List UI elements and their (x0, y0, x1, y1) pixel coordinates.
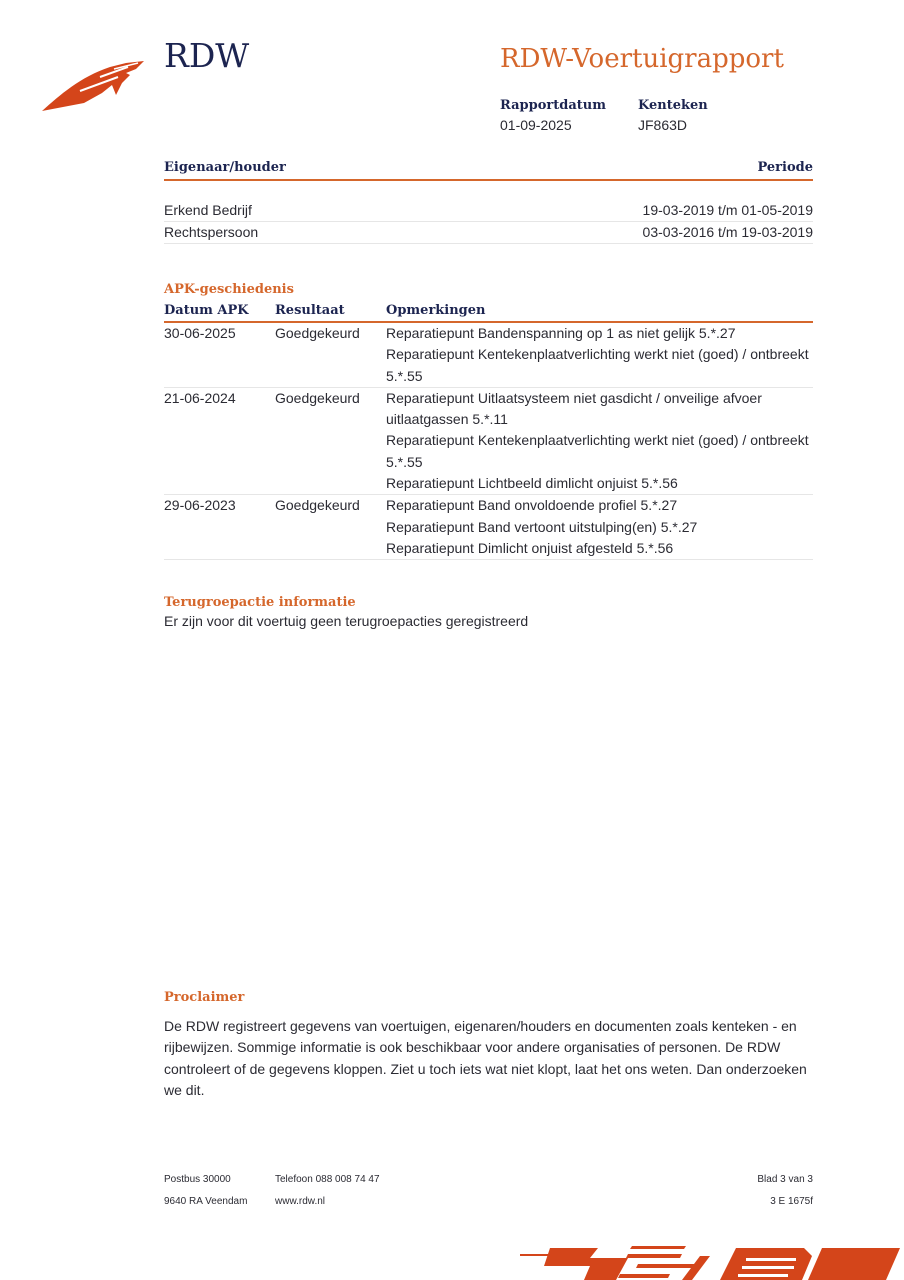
apk-date: 21-06-2024 (164, 388, 275, 494)
owners-table-header: Eigenaar/houder Periode (164, 160, 813, 181)
apk-section-title: APK-geschiedenis (164, 282, 813, 297)
apk-result: Goedgekeurd (275, 388, 386, 494)
apk-remark: Reparatiepunt Bandenspanning op 1 as nie… (386, 323, 813, 344)
apk-date: 30-06-2025 (164, 323, 275, 387)
apk-remarks-column-header: Opmerkingen (386, 303, 813, 318)
footer-page-number: Blad 3 van 3 (757, 1174, 813, 1185)
apk-row: 30-06-2025GoedgekeurdReparatiepunt Bande… (164, 323, 813, 388)
report-date: Rapportdatum 01-09-2025 (500, 98, 606, 133)
apk-remark: Reparatiepunt Band vertoont uitstulping(… (386, 517, 813, 538)
apk-result-column-header: Resultaat (275, 303, 386, 318)
apk-remark: Reparatiepunt Lichtbeeld dimlicht onjuis… (386, 473, 813, 494)
report-date-label: Rapportdatum (500, 98, 606, 113)
apk-remarks: Reparatiepunt Uitlaatsysteem niet gasdic… (386, 388, 813, 494)
apk-history: APK-geschiedenis Datum APK Resultaat Opm… (164, 282, 813, 560)
apk-remark: Reparatiepunt Dimlicht onjuist afgesteld… (386, 538, 813, 559)
rdw-feather-logo-icon (40, 55, 150, 115)
report-date-value: 01-09-2025 (500, 117, 606, 133)
apk-remarks: Reparatiepunt Bandenspanning op 1 as nie… (386, 323, 813, 387)
proclaimer-text: De RDW registreert gegevens van voertuig… (164, 1016, 813, 1101)
brand-name: RDW (164, 36, 249, 75)
apk-row: 21-06-2024GoedgekeurdReparatiepunt Uitla… (164, 388, 813, 495)
proclaimer-section: Proclaimer De RDW registreert gegevens v… (164, 990, 813, 1101)
apk-remarks: Reparatiepunt Band onvoldoende profiel 5… (386, 495, 813, 559)
apk-remark: Reparatiepunt Kentekenplaatverlichting w… (386, 344, 813, 387)
owner-row: Rechtspersoon03-03-2016 t/m 19-03-2019 (164, 222, 813, 244)
apk-result: Goedgekeurd (275, 323, 386, 387)
owners-table: Eigenaar/houder Periode Erkend Bedrijf19… (164, 160, 813, 244)
recall-section: Terugroepactie informatie Er zijn voor d… (164, 595, 813, 629)
footer-phone: Telefoon 088 008 74 47 (275, 1174, 380, 1185)
license-plate-value: JF863D (638, 117, 708, 133)
apk-date-column-header: Datum APK (164, 303, 275, 318)
recall-text: Er zijn voor dit voertuig geen terugroep… (164, 613, 813, 629)
apk-date: 29-06-2023 (164, 495, 275, 559)
owner-column-header: Eigenaar/houder (164, 160, 286, 175)
recall-section-title: Terugroepactie informatie (164, 595, 813, 610)
license-plate: Kenteken JF863D (638, 98, 708, 133)
apk-remark: Reparatiepunt Band onvoldoende profiel 5… (386, 495, 813, 516)
footer-postbus: Postbus 30000 (164, 1174, 231, 1185)
rdw-stripes-decoration-icon (520, 1244, 904, 1280)
footer-postcode: 9640 RA Veendam (164, 1196, 247, 1207)
apk-result: Goedgekeurd (275, 495, 386, 559)
owner-period: 19-03-2019 t/m 01-05-2019 (643, 200, 813, 221)
document-title: RDW-Voertuigrapport (500, 44, 784, 74)
apk-remark: Reparatiepunt Uitlaatsysteem niet gasdic… (386, 388, 813, 431)
owner-row: Erkend Bedrijf19-03-2019 t/m 01-05-2019 (164, 200, 813, 222)
period-column-header: Periode (757, 160, 813, 175)
owner-type: Rechtspersoon (164, 222, 258, 243)
apk-table-header: Datum APK Resultaat Opmerkingen (164, 303, 813, 323)
owner-period: 03-03-2016 t/m 19-03-2019 (643, 222, 813, 243)
apk-remark: Reparatiepunt Kentekenplaatverlichting w… (386, 430, 813, 473)
footer-website[interactable]: www.rdw.nl (275, 1196, 325, 1207)
apk-row: 29-06-2023GoedgekeurdReparatiepunt Band … (164, 495, 813, 560)
license-plate-label: Kenteken (638, 98, 708, 113)
proclaimer-title: Proclaimer (164, 990, 813, 1005)
footer-code: 3 E 1675f (770, 1196, 813, 1207)
owner-type: Erkend Bedrijf (164, 200, 252, 221)
